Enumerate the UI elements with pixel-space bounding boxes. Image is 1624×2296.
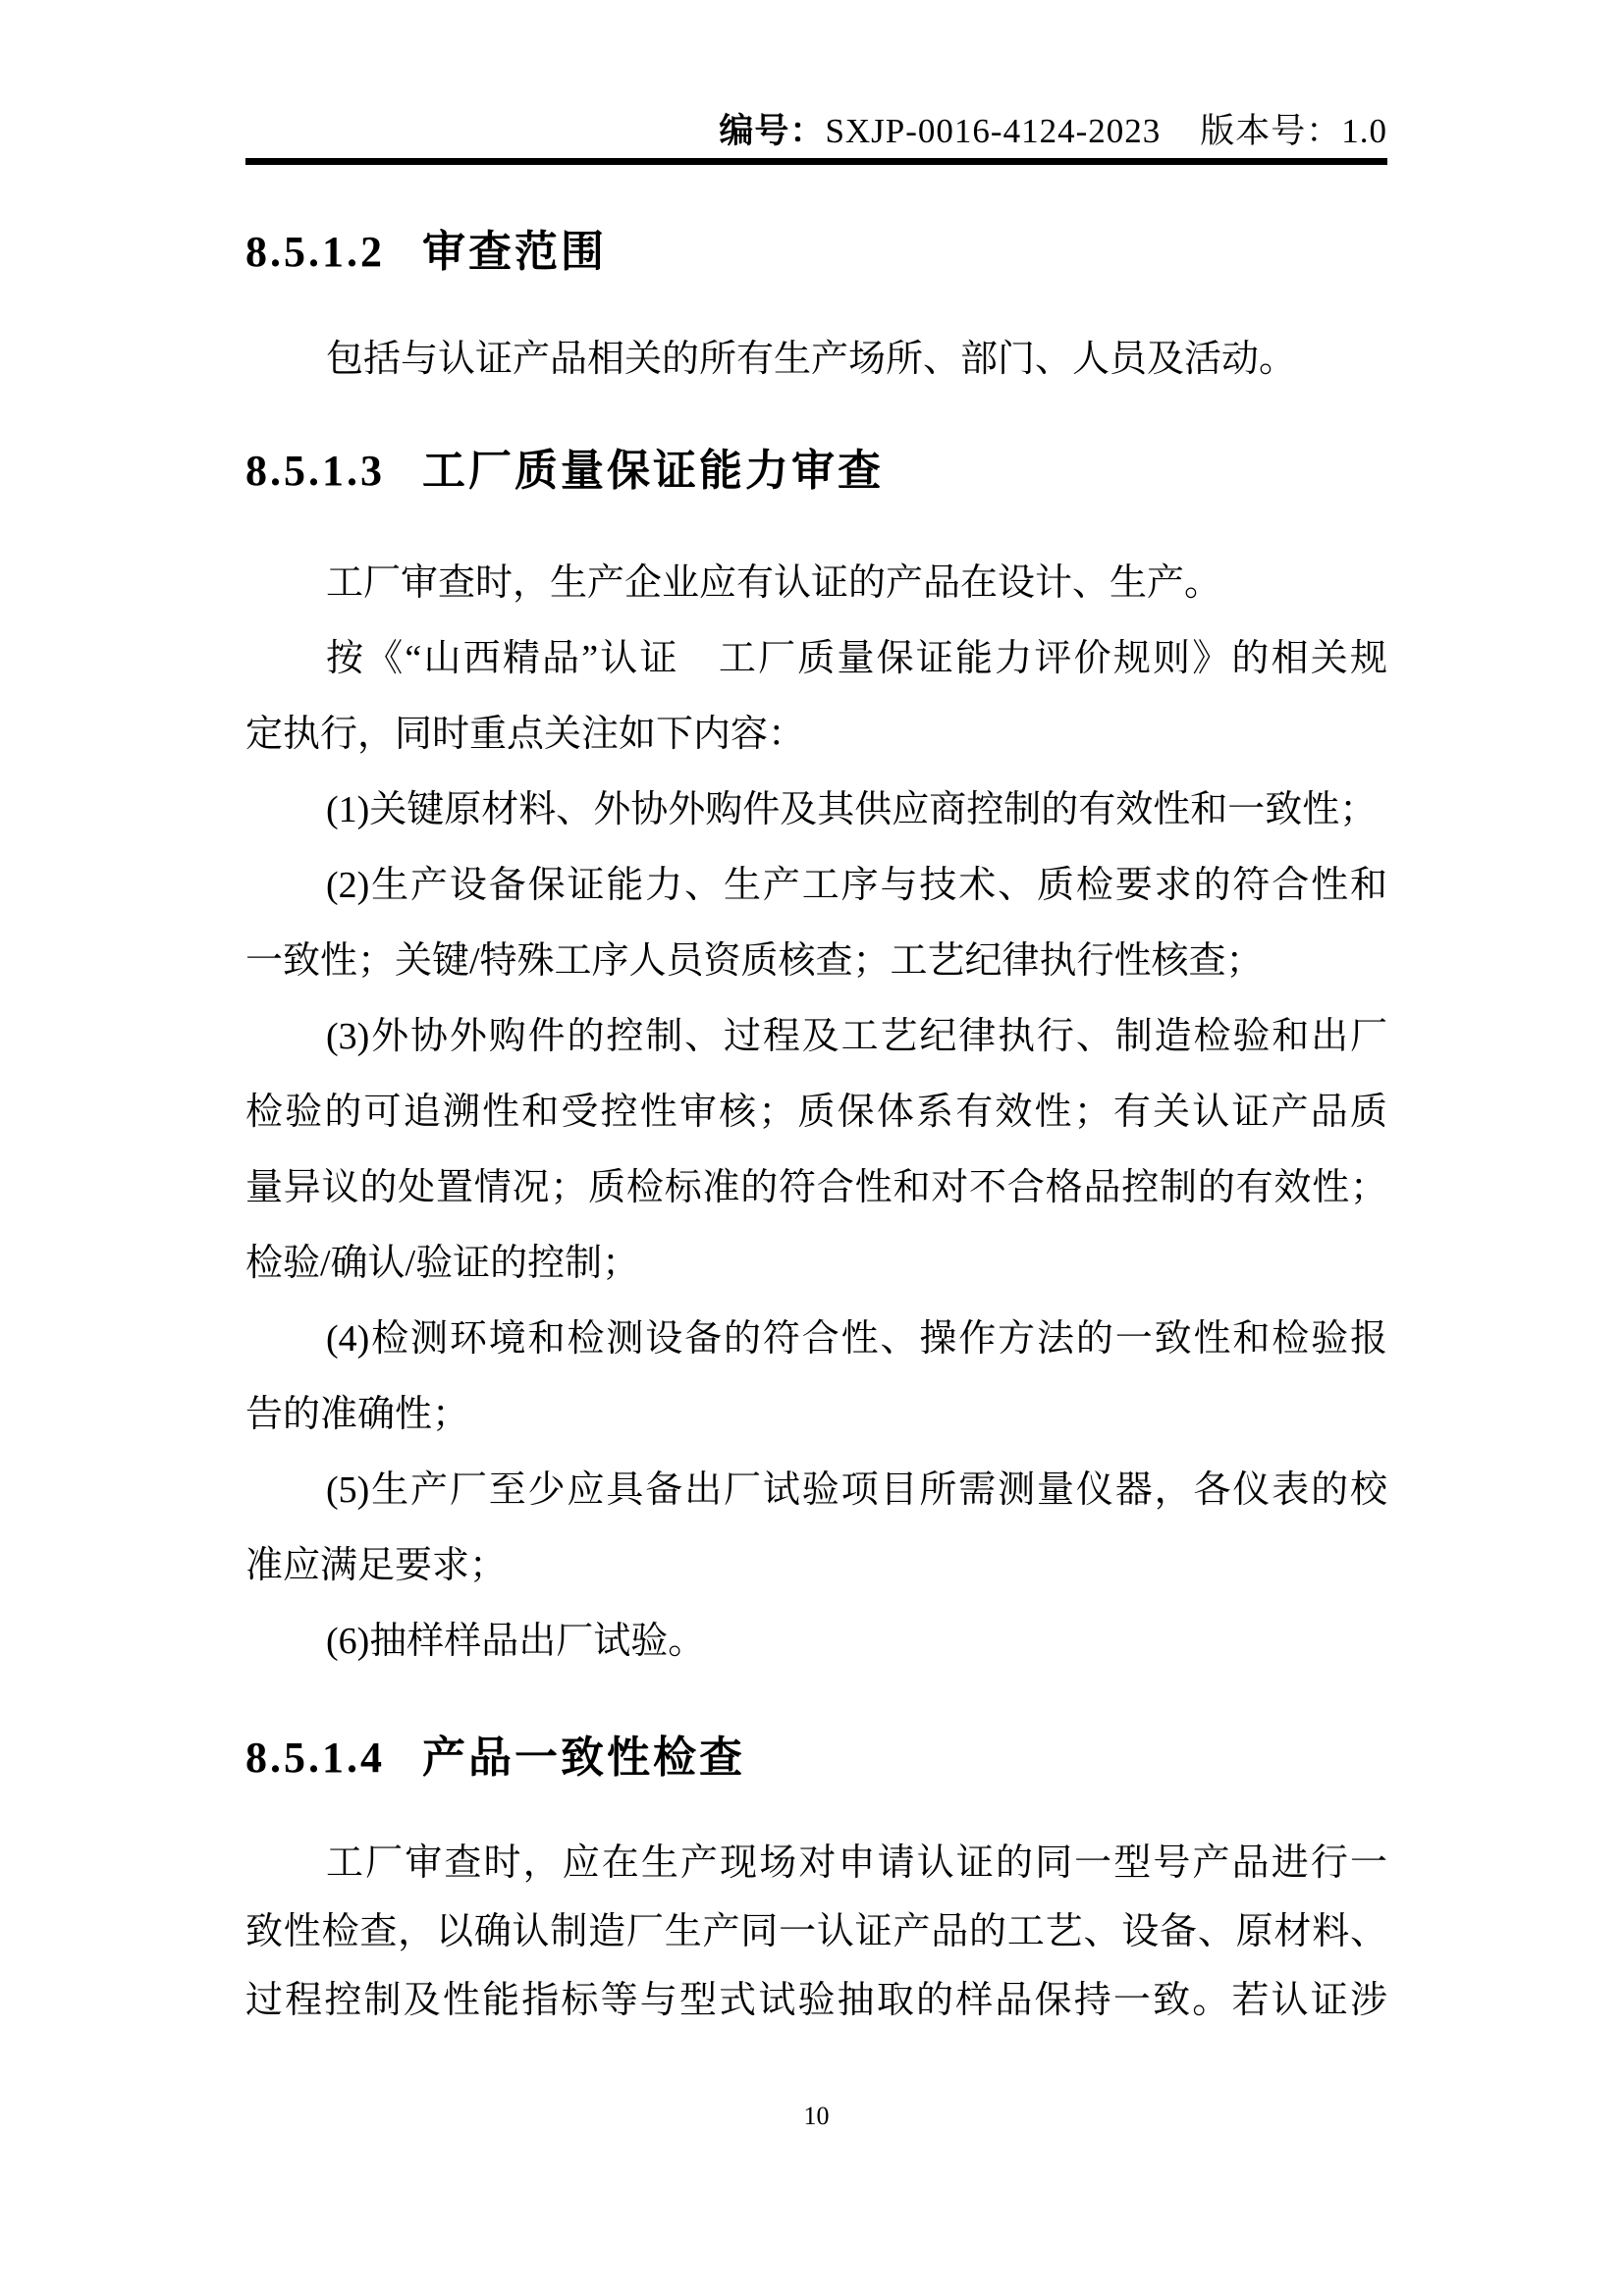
header-rule [245,158,1387,165]
text-line: 检验/确认/验证的控制； [245,1226,1387,1302]
paragraph: 工厂审查时，生产企业应有认证的产品在设计、生产。 [245,546,1387,621]
text-line: (5)生产厂至少应具备出厂试验项目所需测量仪器，各仪表的校 [245,1453,1387,1528]
section-number: 8.5.1.4 [245,1734,385,1782]
section-body-8513: 工厂审查时，生产企业应有认证的产品在设计、生产。按《“山西精品”认证 工厂质量保… [245,546,1387,1680]
doc-number-label: 编号： [719,112,825,150]
paragraph: (3)外协外购件的控制、过程及工艺纪律执行、制造检验和出厂检验的可追溯性和受控性… [245,999,1387,1302]
paragraph: 按《“山西精品”认证 工厂质量保证能力评价规则》的相关规定执行，同时重点关注如下… [245,621,1387,773]
section-heading-8512: 8.5.1.2审查范围 [245,225,1387,280]
paragraph: (4)检测环境和检测设备的符合性、操作方法的一致性和检验报告的准确性； [245,1302,1387,1453]
paragraph: (5)生产厂至少应具备出厂试验项目所需测量仪器，各仪表的校准应满足要求； [245,1453,1387,1604]
doc-meta-header: 编号：SXJP-0016-4124-2023版本号：1.0 [245,111,1387,152]
text-line: 致性检查，以确认制造厂生产同一认证产品的工艺、设备、原材料、 [245,1897,1387,1966]
text-line: (3)外协外购件的控制、过程及工艺纪律执行、制造检验和出厂 [245,999,1387,1075]
text-line: 一致性；关键/特殊工序人员资质核查；工艺纪律执行性核查； [245,924,1387,999]
text-line: 工厂审查时，生产企业应有认证的产品在设计、生产。 [245,546,1387,621]
section-number: 8.5.1.3 [245,447,385,495]
doc-version-label: 版本号： [1200,112,1341,150]
paragraph: 包括与认证产品相关的所有生产场所、部门、人员及活动。 [245,322,1387,398]
text-line: 定执行，同时重点关注如下内容： [245,697,1387,773]
doc-version-value: 1.0 [1341,112,1387,150]
document-page: 编号：SXJP-0016-4124-2023版本号：1.0 8.5.1.2审查范… [0,0,1624,2296]
text-line: (4)检测环境和检测设备的符合性、操作方法的一致性和检验报 [245,1302,1387,1377]
section-title: 审查范围 [422,228,607,276]
section-title: 工厂质量保证能力审查 [422,447,884,495]
doc-number-value: SXJP-0016-4124-2023 [825,112,1161,150]
paragraph: (2)生产设备保证能力、生产工序与技术、质检要求的符合性和一致性；关键/特殊工序… [245,848,1387,999]
paragraph: (1)关键原材料、外协外购件及其供应商控制的有效性和一致性； [245,773,1387,848]
text-line: 按《“山西精品”认证 工厂质量保证能力评价规则》的相关规 [245,621,1387,697]
section-heading-8514: 8.5.1.4产品一致性检查 [245,1731,1387,1786]
section-title: 产品一致性检查 [422,1734,745,1782]
text-line: (1)关键原材料、外协外购件及其供应商控制的有效性和一致性； [245,773,1387,848]
text-line: 检验的可追溯性和受控性审核；质保体系有效性；有关认证产品质 [245,1075,1387,1150]
text-line: 量异议的处置情况；质检标准的符合性和对不合格品控制的有效性； [245,1150,1387,1226]
page-number: 10 [245,2102,1387,2131]
section-body-8512: 包括与认证产品相关的所有生产场所、部门、人员及活动。 [245,322,1387,398]
paragraph: 工厂审查时，应在生产现场对申请认证的同一型号产品进行一致性检查，以确认制造厂生产… [245,1829,1387,2035]
text-line: 准应满足要求； [245,1528,1387,1604]
text-line: 包括与认证产品相关的所有生产场所、部门、人员及活动。 [245,322,1387,398]
section-heading-8513: 8.5.1.3工厂质量保证能力审查 [245,444,1387,499]
paragraph: (6)抽样样品出厂试验。 [245,1604,1387,1680]
text-line: 告的准确性； [245,1377,1387,1453]
text-line: (2)生产设备保证能力、生产工序与技术、质检要求的符合性和 [245,848,1387,924]
text-line: (6)抽样样品出厂试验。 [245,1604,1387,1680]
text-line: 过程控制及性能指标等与型式试验抽取的样品保持一致。若认证涉 [245,1966,1387,2035]
page-content: 编号：SXJP-0016-4124-2023版本号：1.0 8.5.1.2审查范… [245,0,1387,2131]
section-body-8514: 工厂审查时，应在生产现场对申请认证的同一型号产品进行一致性检查，以确认制造厂生产… [245,1829,1387,2035]
text-line: 工厂审查时，应在生产现场对申请认证的同一型号产品进行一 [245,1829,1387,1897]
section-number: 8.5.1.2 [245,228,385,276]
